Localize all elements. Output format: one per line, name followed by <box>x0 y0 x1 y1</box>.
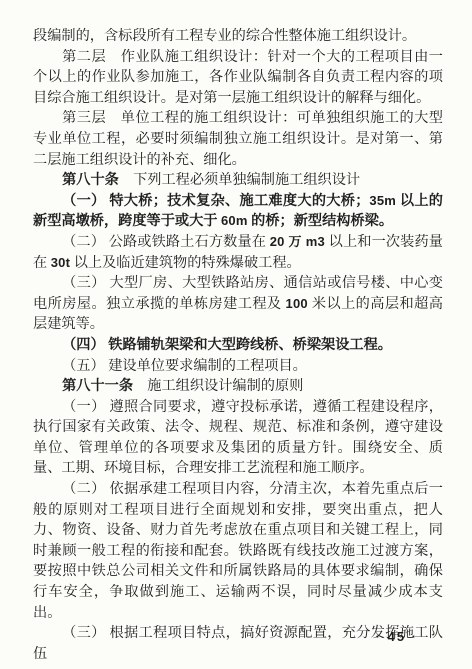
text-run: 30t <box>51 255 70 270</box>
text-run: 的桥；新型结构桥梁。 <box>248 213 393 229</box>
paragraph: 段编制的，含标段所有工程专业的综合性整体施工组织设计。 <box>33 26 443 47</box>
text-run: （一） 特大桥；技术复杂、施工难度大的大桥； <box>62 193 369 209</box>
page-number: · 45 · <box>376 629 418 644</box>
text-run: 下列工程必须单独编制施工组织设计 <box>119 172 360 188</box>
document-body: 段编制的，含标段所有工程专业的综合性整体施工组织设计。第二层 作业队施工组织设计… <box>33 26 443 664</box>
text-run: 以上及临近建筑物的特殊爆破工程。 <box>70 255 301 271</box>
paragraph: 第八十条 下列工程必须单独编制施工组织设计 <box>33 170 443 191</box>
paragraph: 第八十一条 施工组织设计编制的原则 <box>33 376 443 397</box>
paragraph: 第三层 单位工程的施工组织设计：可单独组织施工的大型专业单位工程，必要时须编制独… <box>33 108 443 170</box>
text-run: （二） 依据承建工程项目内容，分清主次，本着先重点后一般的原则对工程项目进行全面… <box>33 481 443 621</box>
text-run: 第三层 单位工程的施工组织设计：可单独组织施工的大型专业单位工程，必要时须编制独… <box>33 110 443 167</box>
text-run: 35m <box>369 193 396 208</box>
paragraph: （二） 公路或铁路土石方数量在 20 万 m3 以上和一次装药量在 30t 以上… <box>33 232 443 273</box>
text-run: （二） 公路或铁路土石方数量在 <box>62 234 270 250</box>
text-run: 施工组织设计编制的原则 <box>133 378 303 394</box>
text-run: （一） 遵照合同要求，遵守投标承诺，遵循工程建设程序，执行国家有关政策、法令、规… <box>33 399 443 477</box>
text-run: （四） 铁路铺轨架梁和大型跨线桥、桥梁架设工程。 <box>62 337 392 353</box>
text-run: 第二层 作业队施工组织设计：针对一个大的工程项目由一个以上的作业队参加施工，各作… <box>33 49 443 106</box>
paragraph: （三） 大型厂房、大型铁路站房、通信站或信号楼、中心变电所房屋。独立承揽的单栋房… <box>33 273 443 335</box>
paragraph: （一） 遵照合同要求，遵守投标承诺，遵循工程建设程序，执行国家有关政策、法令、规… <box>33 397 443 479</box>
text-run: 20 万 m3 <box>270 234 325 249</box>
text-run: 60m <box>221 213 248 228</box>
paragraph: （二） 依据承建工程项目内容，分清主次，本着先重点后一般的原则对工程项目进行全面… <box>33 479 443 623</box>
text-run: 段编制的，含标段所有工程专业的综合性整体施工组织设计。 <box>33 28 416 44</box>
text-run: 第八十条 <box>62 172 119 188</box>
paragraph: （一） 特大桥；技术复杂、施工难度大的大桥；35m 以上的新型高墩桥，跨度等于或… <box>33 191 443 232</box>
text-run: 第八十一条 <box>62 378 133 394</box>
text-run: 100 <box>286 296 308 311</box>
paragraph: （五） 建设单位要求编制的工程项目。 <box>33 356 443 377</box>
text-run: （五） 建设单位要求编制的工程项目。 <box>62 358 307 374</box>
paragraph: 第二层 作业队施工组织设计：针对一个大的工程项目由一个以上的作业队参加施工，各作… <box>33 47 443 109</box>
paragraph: （四） 铁路铺轨架梁和大型跨线桥、桥梁架设工程。 <box>33 335 443 356</box>
